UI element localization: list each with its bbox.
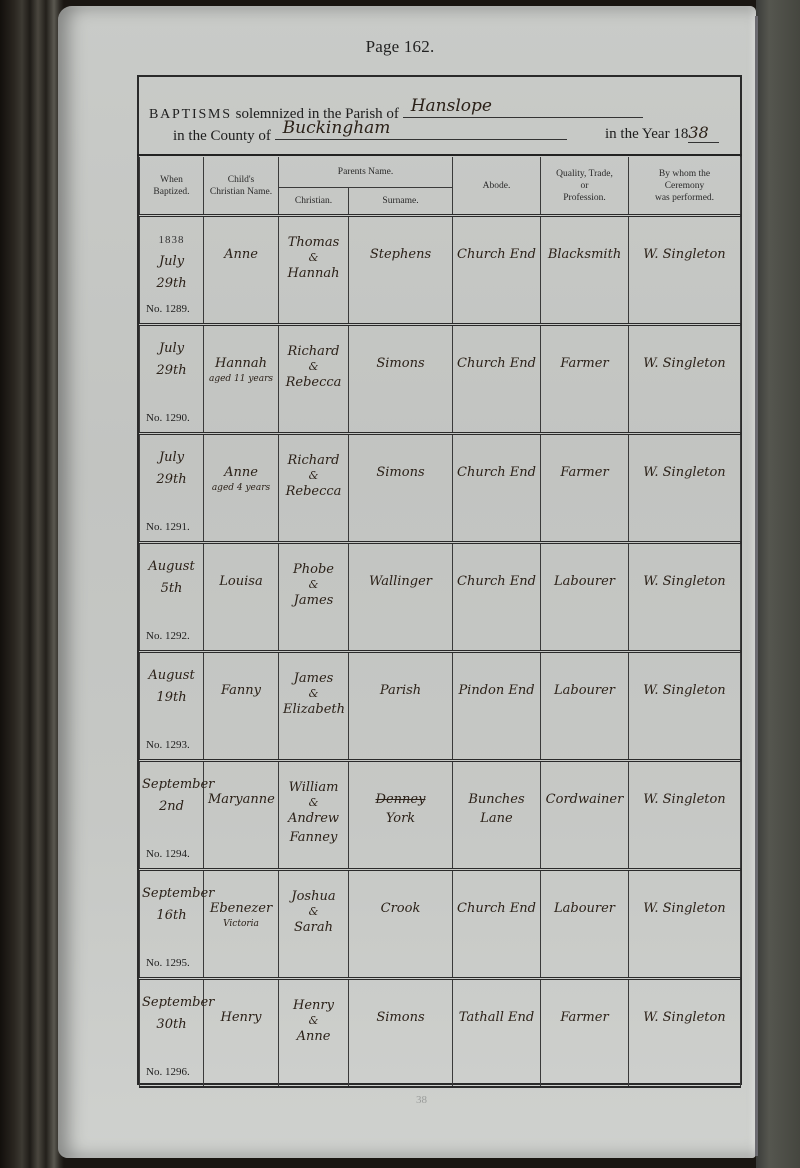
cell-abode: Pindon End <box>453 652 541 761</box>
ampersand: & <box>283 579 344 591</box>
abode: Church End <box>457 899 536 918</box>
surname: Stephens <box>353 245 448 264</box>
entry-number: No. 1292. <box>146 630 190 642</box>
table-row: September 2nd No. 1294. Maryanne William… <box>140 761 741 870</box>
table-row: September 30th No. 1296. Henry Henry&Ann… <box>140 979 741 1088</box>
surname: Parish <box>353 681 448 700</box>
surname: Wallinger <box>353 572 448 591</box>
entry-day: 16th <box>142 905 201 927</box>
cell-surname: DenneyYork <box>349 761 453 870</box>
entry-month: September <box>142 774 201 796</box>
entry-day: 19th <box>142 687 201 709</box>
parent-2: Hannah <box>283 264 344 283</box>
cell-quality: Farmer <box>541 434 629 543</box>
cell-abode: Church End <box>453 434 541 543</box>
county-value: Buckingham <box>283 118 391 138</box>
minister: W. Singleton <box>633 790 736 809</box>
abode: Church End <box>457 572 536 591</box>
surname: Simons <box>353 354 448 373</box>
title-line-county: in the County of Buckingham <box>173 123 567 145</box>
minister: W. Singleton <box>633 572 736 591</box>
cell-surname: Crook <box>349 870 453 979</box>
quality: Labourer <box>545 899 624 918</box>
parent-1: Phobe <box>283 560 344 579</box>
col-child: Child'sChristian Name. <box>204 157 279 216</box>
page-number: Page 162. <box>0 37 800 57</box>
abode: Church End <box>457 245 536 264</box>
cell-parents-christian: Phobe&James <box>279 543 349 652</box>
table-row: July 29th No. 1291. Anneaged 4 years Ric… <box>140 434 741 543</box>
child-name: Henry <box>208 1008 274 1027</box>
parent-2: Anne <box>283 1027 344 1046</box>
table-row: August 5th No. 1292. Louisa Phobe&James … <box>140 543 741 652</box>
ampersand: & <box>283 688 344 700</box>
entry-month: September <box>142 883 201 905</box>
year-value: 38 <box>688 123 718 143</box>
minister: W. Singleton <box>633 681 736 700</box>
cell-child: EbenezerVictoria <box>204 870 279 979</box>
cell-quality: Labourer <box>541 870 629 979</box>
cell-when: 1838 July 29th No. 1289. <box>140 216 204 325</box>
header-rule <box>137 154 742 156</box>
minister: W. Singleton <box>633 1008 736 1027</box>
parent-2: Rebecca <box>283 482 344 501</box>
parent-1: Thomas <box>283 233 344 252</box>
quality: Blacksmith <box>545 245 624 264</box>
opposite-page-edge <box>756 0 800 1168</box>
child-note: Victoria <box>208 918 274 930</box>
cell-minister: W. Singleton <box>629 761 741 870</box>
col-minister: By whom theCeremonywas performed. <box>629 157 741 216</box>
cell-surname: Simons <box>349 434 453 543</box>
abode: Church End <box>457 463 536 482</box>
parent-1: Joshua <box>283 887 344 906</box>
cell-parents-christian: Richard&Rebecca <box>279 434 349 543</box>
cell-abode: Tathall End <box>453 979 541 1088</box>
ampersand: & <box>283 252 344 264</box>
cell-surname: Stephens <box>349 216 453 325</box>
cell-quality: Blacksmith <box>541 216 629 325</box>
entry-year: 1838 <box>142 229 201 251</box>
cell-surname: Wallinger <box>349 543 453 652</box>
parent-1: William <box>283 778 344 797</box>
entry-number: No. 1289. <box>146 303 190 315</box>
parent-2: Sarah <box>283 918 344 937</box>
cell-abode: Church End <box>453 216 541 325</box>
parent-1: Richard <box>283 451 344 470</box>
quality: Labourer <box>545 681 624 700</box>
abode: Bunches Lane <box>457 790 536 828</box>
quality: Farmer <box>545 463 624 482</box>
cell-minister: W. Singleton <box>629 652 741 761</box>
ampersand: & <box>283 470 344 482</box>
minister: W. Singleton <box>633 354 736 373</box>
parent-1: Richard <box>283 342 344 361</box>
year-line: in the Year 1838 <box>605 123 719 143</box>
cell-minister: W. Singleton <box>629 979 741 1088</box>
entry-day: 29th <box>142 469 201 491</box>
cell-minister: W. Singleton <box>629 434 741 543</box>
cell-when: August 19th No. 1293. <box>140 652 204 761</box>
cell-when: September 2nd No. 1294. <box>140 761 204 870</box>
entry-number: No. 1296. <box>146 1066 190 1078</box>
entry-month: July <box>142 447 201 469</box>
entry-number: No. 1295. <box>146 957 190 969</box>
abode: Tathall End <box>457 1008 536 1027</box>
ampersand: & <box>283 797 344 809</box>
parish-value: Hanslope <box>411 96 492 116</box>
cell-child: Hannahaged 11 years <box>204 325 279 434</box>
child-name: Ebenezer <box>208 899 274 918</box>
cell-quality: Cordwainer <box>541 761 629 870</box>
cell-when: July 29th No. 1291. <box>140 434 204 543</box>
cell-minister: W. Singleton <box>629 543 741 652</box>
entry-number: No. 1294. <box>146 848 190 860</box>
table-row: July 29th No. 1290. Hannahaged 11 years … <box>140 325 741 434</box>
entry-month: September <box>142 992 201 1014</box>
child-name: Anne <box>208 463 274 482</box>
cell-quality: Farmer <box>541 325 629 434</box>
title-line-parish: BAPTISMS solemnized in the Parish of Han… <box>149 101 643 123</box>
bleed-through-mark: 38 <box>416 1094 427 1106</box>
col-quality: Quality, Trade,orProfession. <box>541 157 629 216</box>
cell-when: September 16th No. 1295. <box>140 870 204 979</box>
child-name: Anne <box>208 245 274 264</box>
header-row: WhenBaptized. Child'sChristian Name. Par… <box>140 157 741 188</box>
surname: Simons <box>353 463 448 482</box>
minister: W. Singleton <box>633 899 736 918</box>
cell-when: September 30th No. 1296. <box>140 979 204 1088</box>
entry-month: July <box>142 251 201 273</box>
parent-2: Rebecca <box>283 373 344 392</box>
table-row: August 19th No. 1293. Fanny James&Elizab… <box>140 652 741 761</box>
quality: Labourer <box>545 572 624 591</box>
cell-child: Anne <box>204 216 279 325</box>
minister: W. Singleton <box>633 245 736 264</box>
entry-number: No. 1291. <box>146 521 190 533</box>
register-title: BAPTISMS solemnized in the Parish of Han… <box>137 75 742 155</box>
cell-child: Maryanne <box>204 761 279 870</box>
cell-parents-christian: William&AndrewFanney <box>279 761 349 870</box>
quality: Farmer <box>545 1008 624 1027</box>
cell-quality: Labourer <box>541 652 629 761</box>
entry-day: 2nd <box>142 796 201 818</box>
cell-minister: W. Singleton <box>629 870 741 979</box>
cell-minister: W. Singleton <box>629 325 741 434</box>
child-note: aged 11 years <box>208 373 274 385</box>
quality: Farmer <box>545 354 624 373</box>
surname: Simons <box>353 1008 448 1027</box>
surname-struck: Denney <box>353 790 448 809</box>
minister: W. Singleton <box>633 463 736 482</box>
cell-abode: Church End <box>453 543 541 652</box>
cell-abode: Church End <box>453 325 541 434</box>
ampersand: & <box>283 361 344 373</box>
cell-child: Henry <box>204 979 279 1088</box>
child-name: Maryanne <box>208 790 274 809</box>
entry-month: August <box>142 556 201 578</box>
entry-day: 29th <box>142 360 201 382</box>
entry-day: 5th <box>142 578 201 600</box>
ampersand: & <box>283 1015 344 1027</box>
ampersand: & <box>283 906 344 918</box>
col-parents-christian: Christian. <box>279 188 349 216</box>
surname: York <box>353 809 448 828</box>
cell-parents-christian: Joshua&Sarah <box>279 870 349 979</box>
entry-month: August <box>142 665 201 687</box>
child-name: Fanny <box>208 681 274 700</box>
parent-1: Henry <box>283 996 344 1015</box>
child-name: Hannah <box>208 354 274 373</box>
cell-child: Louisa <box>204 543 279 652</box>
baptism-register-table: WhenBaptized. Child'sChristian Name. Par… <box>139 157 741 1088</box>
cell-surname: Simons <box>349 979 453 1088</box>
table-row: September 16th No. 1295. EbenezerVictori… <box>140 870 741 979</box>
entry-number: No. 1290. <box>146 412 190 424</box>
parent-2: Elizabeth <box>283 700 344 719</box>
cell-quality: Farmer <box>541 979 629 1088</box>
cell-when: August 5th No. 1292. <box>140 543 204 652</box>
abode: Church End <box>457 354 536 373</box>
child-note: aged 4 years <box>208 482 274 494</box>
child-name: Louisa <box>208 572 274 591</box>
entry-day: 29th <box>142 273 201 295</box>
parent-2: James <box>283 591 344 610</box>
cell-surname: Simons <box>349 325 453 434</box>
cell-child: Fanny <box>204 652 279 761</box>
parish-field: Hanslope <box>403 101 643 118</box>
county-field: Buckingham <box>275 123 567 140</box>
cell-parents-christian: James&Elizabeth <box>279 652 349 761</box>
cell-parents-christian: Henry&Anne <box>279 979 349 1088</box>
surname: Crook <box>353 899 448 918</box>
cell-quality: Labourer <box>541 543 629 652</box>
col-when: WhenBaptized. <box>140 157 204 216</box>
col-parents-surname: Surname. <box>349 188 453 216</box>
cell-abode: Church End <box>453 870 541 979</box>
county-label: in the County of <box>173 128 271 144</box>
table-row: 1838 July 29th No. 1289. Anne Thomas&Han… <box>140 216 741 325</box>
cell-child: Anneaged 4 years <box>204 434 279 543</box>
parent-3: Fanney <box>283 828 344 847</box>
entry-month: July <box>142 338 201 360</box>
cell-minister: W. Singleton <box>629 216 741 325</box>
parent-2: Andrew <box>283 809 344 828</box>
cell-parents-christian: Thomas&Hannah <box>279 216 349 325</box>
parent-1: James <box>283 669 344 688</box>
abode: Pindon End <box>457 681 536 700</box>
col-abode: Abode. <box>453 157 541 216</box>
year-label: in the Year 18 <box>605 126 688 142</box>
entry-day: 30th <box>142 1014 201 1036</box>
cell-surname: Parish <box>349 652 453 761</box>
cell-when: July 29th No. 1290. <box>140 325 204 434</box>
baptisms-heading: BAPTISMS <box>149 107 232 122</box>
entry-number: No. 1293. <box>146 739 190 751</box>
cell-parents-christian: Richard&Rebecca <box>279 325 349 434</box>
cell-abode: Bunches Lane <box>453 761 541 870</box>
quality: Cordwainer <box>545 790 624 809</box>
col-parents: Parents Name. <box>279 157 453 188</box>
